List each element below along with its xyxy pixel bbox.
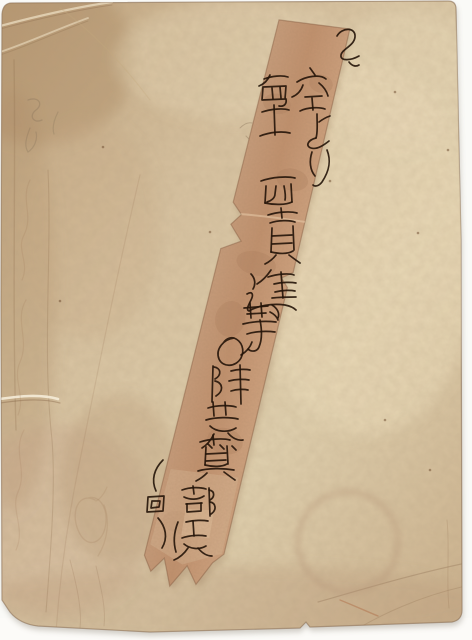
ink-stroke [193,521,194,536]
paper-speck [384,419,387,422]
ink-stroke [205,447,206,465]
ink-stroke [193,486,194,494]
ink-stroke [272,243,292,244]
paper-speck [394,91,397,94]
ink-stroke [225,402,226,415]
ink-stroke [274,105,275,135]
ink-stroke [281,208,282,218]
paper-speck [429,469,432,472]
scan-stage: 2 空より勇士 西貢進撃の陣戦眞 部隊（回） [0,0,472,640]
ink-stroke [206,453,226,454]
ink-stroke [280,87,281,98]
paper-speck [329,180,332,183]
paper-speck [59,300,62,303]
ink-stroke [272,297,296,298]
ink-stroke [212,366,213,402]
ink-stroke [261,303,262,317]
ink-stroke [250,303,251,318]
ink-stroke [272,88,273,99]
ink-stroke [271,228,272,252]
paper-speck [447,149,450,152]
ink-stroke [213,435,214,445]
ink-stroke [213,402,214,416]
ink-stroke [291,184,292,202]
ink-stroke [272,235,292,236]
ink-stroke [240,365,241,404]
photo-back-scan [0,0,472,640]
ink-stroke [293,226,294,250]
ink-stroke [265,186,266,203]
paper-speck [102,146,105,149]
paper-speck [209,231,212,234]
ink-stroke [186,503,202,504]
ink-stroke [227,446,228,464]
ink-stroke [305,96,322,97]
paper-speck [417,232,420,235]
ink-stroke [206,460,226,461]
